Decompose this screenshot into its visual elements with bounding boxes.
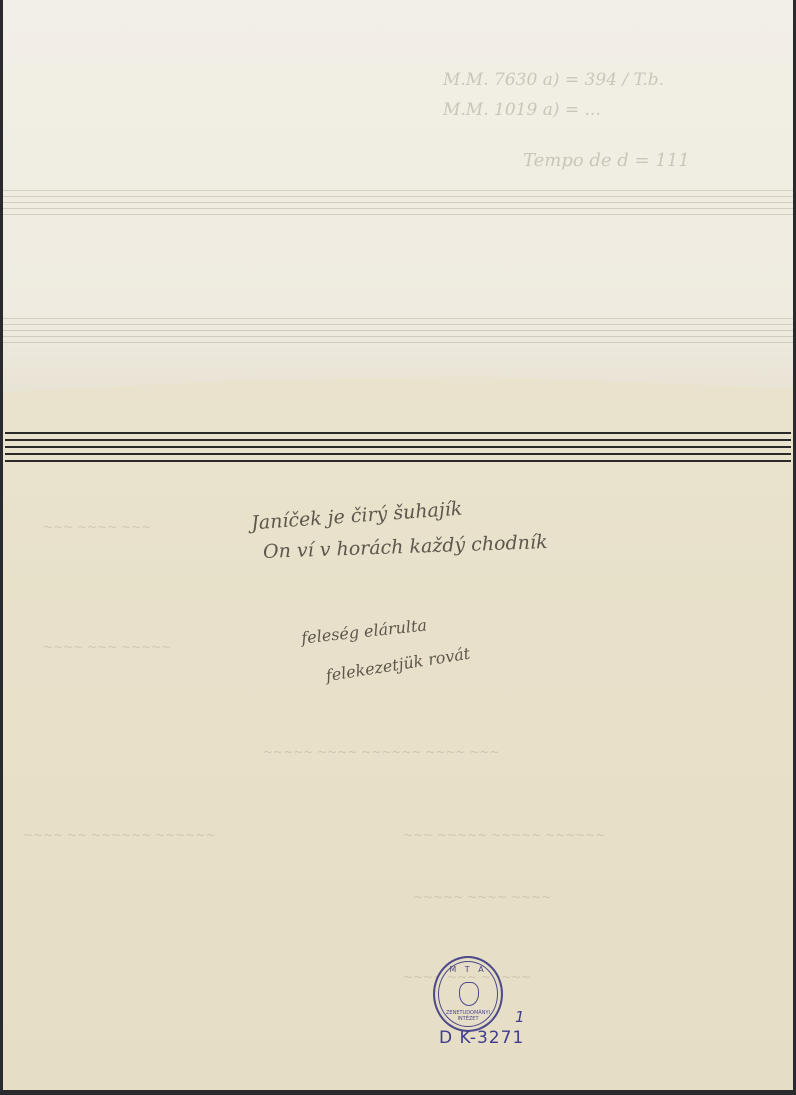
handwritten-line: feleség elárulta (300, 615, 427, 647)
embossed-staff (3, 190, 793, 220)
bleed-through-text: ~~~~ ~~~ ~~~~~ (43, 640, 171, 654)
bleed-through-text: ~~~~~ ~~~~ ~~~~ (413, 890, 551, 904)
bleed-through-text: ~~~~~ ~~~~ ~~~~~~ ~~~~ ~~~ (263, 745, 499, 759)
bleed-through-text: ~~~ ~~~~~ ~~~~~ ~~~~~~ (403, 828, 605, 842)
coat-of-arms-icon (459, 982, 479, 1006)
stamp-ring-text: ZENETUDOMÁNYI INTÉZET (435, 1010, 501, 1022)
embossed-text-line: M.M. 1019 a) = ... (443, 100, 601, 120)
embossed-text-line: M.M. 7630 a) = 394 / T.b. (443, 70, 664, 90)
embossed-text-line: Tempo de d = 111 (523, 150, 690, 171)
bleed-through-text: ~~~~ ~~ ~~~~~~ ~~~~~~ (23, 828, 215, 842)
handwritten-line: Janíček je čirý šuhajík (250, 498, 463, 535)
stamp-top-text: M T A (435, 965, 501, 974)
music-staff (5, 432, 791, 467)
bleed-through-text: ~~~ ~~~~ ~~~ (43, 520, 151, 534)
library-stamp: M T A ZENETUDOMÁNYI INTÉZET (433, 956, 503, 1032)
handwritten-line: On ví v horách každý chodník (263, 531, 548, 563)
handwritten-line: felekezetjük rovát (324, 644, 471, 686)
folio-number: 1 (515, 1008, 525, 1026)
folded-top-flap: M.M. 7630 a) = 394 / T.b. M.M. 1019 a) =… (3, 0, 793, 392)
embossed-staff (3, 318, 793, 348)
shelfmark: D K-3271 (439, 1028, 524, 1048)
manuscript-sheet: M.M. 7630 a) = 394 / T.b. M.M. 1019 a) =… (3, 0, 793, 1090)
